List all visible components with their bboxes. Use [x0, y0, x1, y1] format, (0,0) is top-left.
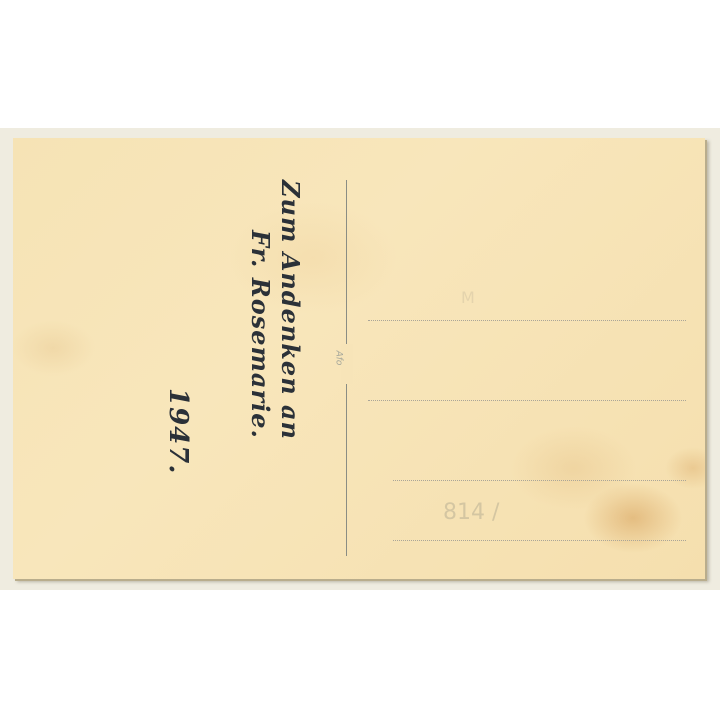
address-line-3 [393, 480, 686, 481]
postcard-back: Afo Zum Andenken an Fr. Rosemarie. 1947.… [13, 138, 705, 579]
divider-printer-mark: Afo [333, 351, 343, 366]
address-line-4 [393, 540, 686, 541]
pencil-faint-mark: M [461, 288, 475, 307]
handwritten-year: 1947. [163, 388, 193, 474]
handwritten-line-1: Zum Andenken an [276, 180, 305, 440]
address-line-1 [368, 320, 686, 321]
address-line-2 [368, 400, 686, 401]
handwritten-line-2: Fr. Rosemarie. [246, 230, 275, 439]
pencil-inventory-note: 814 / [443, 500, 499, 525]
